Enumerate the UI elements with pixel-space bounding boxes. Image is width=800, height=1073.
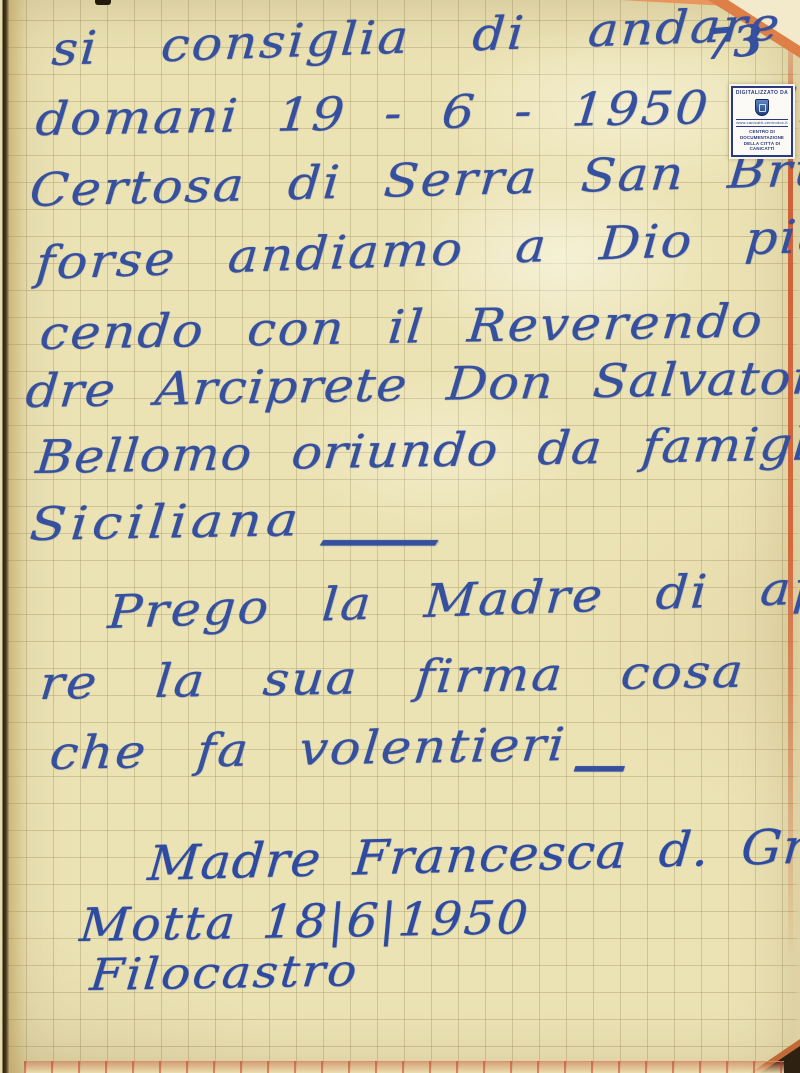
binding-edge bbox=[0, 0, 9, 1073]
stamp-title: DIGITALIZZATO DA bbox=[736, 91, 788, 96]
next-page-edge bbox=[24, 1061, 784, 1073]
stamp-website: www.canicatti-centrodoc.it bbox=[736, 119, 788, 127]
handwritten-line: si consiglia di andare bbox=[50, 0, 783, 76]
handwritten-line: Madre Francesca d. Grazia bbox=[146, 816, 800, 892]
handwritten-line: cendo con il Reverendo Pa= bbox=[38, 291, 800, 360]
handwritten-line: Bellomo oriundo da famiglia bbox=[34, 416, 800, 484]
handwritten-line: Siciliana bbox=[28, 492, 305, 551]
shield-emblem bbox=[759, 104, 766, 112]
handwritten-line: re la sua firma cosa bbox=[38, 644, 748, 710]
binding-shadow bbox=[9, 0, 27, 1073]
shield-icon bbox=[755, 99, 769, 116]
separator-dash: — bbox=[312, 512, 446, 566]
handwritten-line: Motta 18|6|1950 bbox=[78, 890, 533, 952]
stamp-org-line2: DELLA CITTÀ DI CANICATTÌ bbox=[734, 141, 790, 152]
notebook-page-scan: 73 si consiglia di andaredomani 19 - 6 -… bbox=[0, 0, 800, 1073]
handwritten-line: forse andiamo a Dio pia= bbox=[34, 207, 800, 290]
separator-dash: — bbox=[569, 738, 630, 792]
handwritten-line: domani 19 - 6 - 1950 alla bbox=[34, 78, 800, 146]
handwritten-line: dre Arciprete Don Salvatore bbox=[24, 350, 800, 418]
digitization-stamp: DIGITALIZZATO DA www.canicatti-centrodoc… bbox=[729, 84, 795, 159]
digitization-stamp-frame: DIGITALIZZATO DA www.canicatti-centrodoc… bbox=[731, 86, 793, 157]
stamp-org-name: CENTRO DI DOCUMENTAZIONE DELLA CITTÀ DI … bbox=[734, 129, 790, 152]
binding-notch bbox=[95, 0, 111, 5]
handwritten-line: Certosa di Serra San Bruno bbox=[28, 140, 800, 217]
handwritten-line: che fa volentieri bbox=[48, 717, 569, 780]
handwritten-line: Filocastro bbox=[88, 945, 361, 1001]
stamp-org-line1: CENTRO DI DOCUMENTAZIONE bbox=[734, 129, 790, 140]
handwritten-line: Prego la Madre di appor= bbox=[106, 555, 800, 639]
